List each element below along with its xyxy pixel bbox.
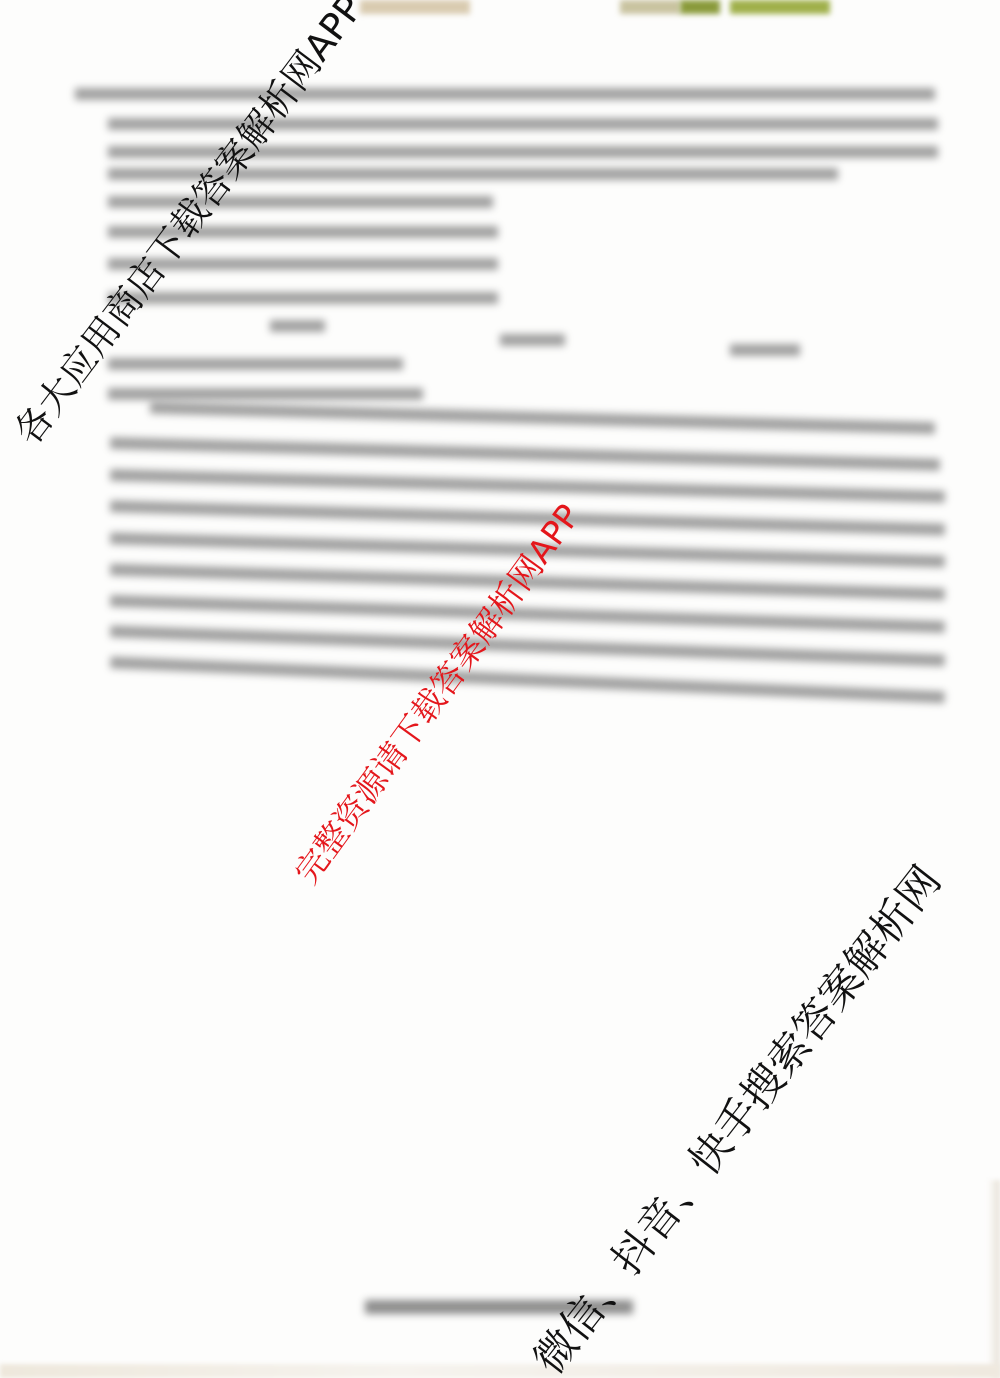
- blurred-text-line: [110, 469, 950, 503]
- blurred-option: [500, 334, 570, 346]
- blurred-text-line: [110, 656, 950, 703]
- blurred-text-line: [150, 402, 940, 435]
- blurred-option: [730, 344, 805, 356]
- photo-right-edge: [986, 1180, 1000, 1378]
- blurred-option: [270, 320, 330, 332]
- exam-paper: [0, 0, 1000, 1378]
- photo-bottom-edge: [0, 1364, 1000, 1378]
- blurred-text-line: [108, 292, 503, 304]
- blurred-text-line: [75, 88, 945, 100]
- blurred-text-line: [108, 388, 428, 400]
- blurred-text-line: [110, 437, 945, 471]
- blurred-text-line: [110, 625, 950, 666]
- blurred-text-line: [108, 358, 408, 370]
